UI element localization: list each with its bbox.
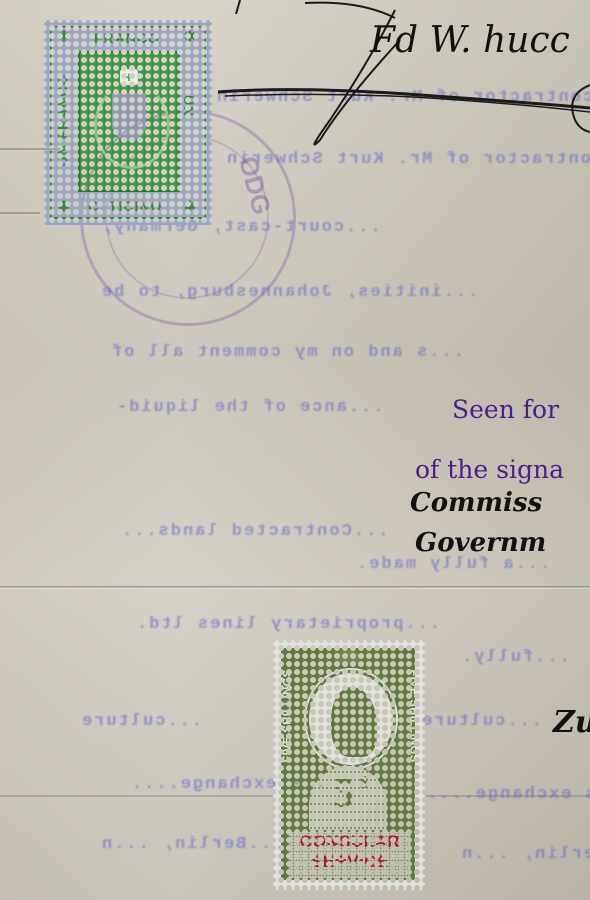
side-handwriting: Zu [553, 705, 590, 740]
endorsement-line-2: of the signa [415, 455, 564, 484]
endorsement-line-4: Governm [415, 528, 546, 558]
endorsement-line-3: Commiss [410, 488, 542, 518]
endorsement-line-1: Seen for [452, 395, 559, 424]
signature-strokes [0, 0, 590, 900]
handwritten-signature: Fd W. hucc [370, 20, 570, 61]
